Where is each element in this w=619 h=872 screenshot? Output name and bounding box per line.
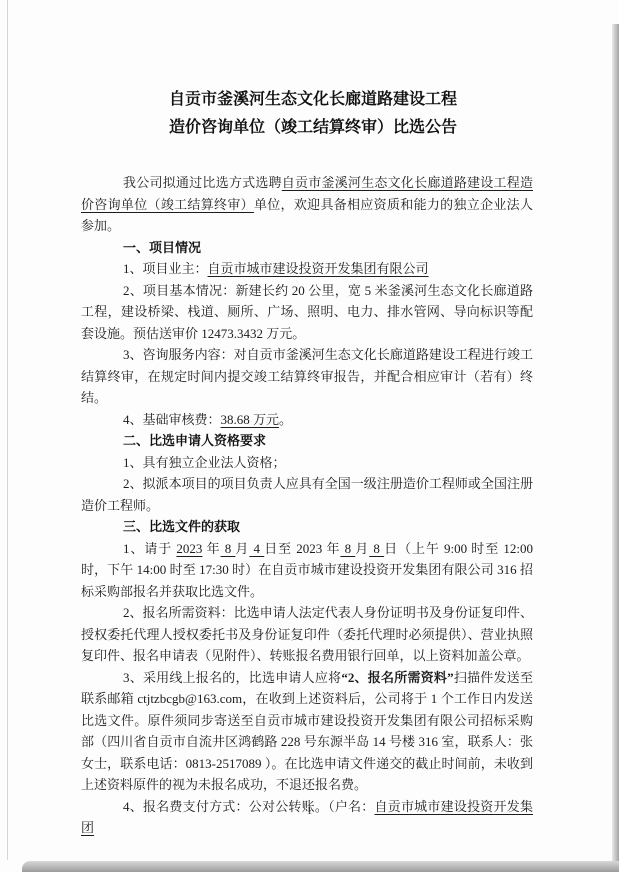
paragraph: 3、咨询服务内容：对自贡市釜溪河生态文化长廊道路建设工程进行竣工结算终审，在规定… <box>81 344 533 409</box>
text-run: 我公司拟通过比选方式选聘 <box>123 175 282 190</box>
section-heading: 三、比选文件的获取 <box>81 516 533 538</box>
underlined-text: 自贡市城市建设投资开发集团有限公司 <box>208 261 429 276</box>
underlined-text: 8 <box>221 541 236 556</box>
paragraph: 2、报名所需资料：比选申请人法定代表人身份证明书及身份证复印件、授权委托代理人授… <box>81 602 533 667</box>
page-right-shadow <box>612 24 619 863</box>
text-run: 。 <box>279 412 292 427</box>
text-run: 年 <box>202 541 220 556</box>
scanned-document-page: 自贡市釜溪河生态文化长廊道路建设工程 造价咨询单位（竣工结算终审）比选公告 我公… <box>0 0 619 872</box>
text-run: 月 <box>235 541 249 556</box>
section-heading: 二、比选申请人资格要求 <box>81 430 533 452</box>
paragraph: 4、报名费支付方式：公对公转账。（户名：自贡市城市建设投资开发集团 <box>81 796 533 839</box>
underlined-text: 8 <box>369 541 384 556</box>
underlined-text: 8 <box>340 541 355 556</box>
paragraph: 2、项目基本情况：新建长约 20 公里，宽 5 米釜溪河生态文化长廊道路工程，建… <box>81 280 533 345</box>
paragraph: 1、项目业主：自贡市城市建设投资开发集团有限公司 <box>81 258 533 280</box>
underlined-text: 4 <box>249 541 264 556</box>
paragraph: 我公司拟通过比选方式选聘自贡市釜溪河生态文化长廊道路建设工程造价咨询单位（竣工结… <box>81 172 533 237</box>
paragraph: 1、请于 2023 年 8 月 4 日至 2023 年 8 月 8 日（上午 9… <box>81 538 533 603</box>
document-content: 自贡市釜溪河生态文化长廊道路建设工程 造价咨询单位（竣工结算终审）比选公告 我公… <box>81 86 533 839</box>
text-run: 日至 2023 年 <box>264 541 340 556</box>
text-run: 二、比选申请人资格要求 <box>123 433 266 448</box>
section-heading: 一、项目情况 <box>81 237 533 259</box>
paragraph: 2、拟派本项目的项目负责人应具有全国一级注册造价工程师或全国注册造价工程师。 <box>81 473 533 516</box>
paragraph: 3、采用线上报名的，比选申请人应将“2、报名所需资料”扫描件发送至联系邮箱 ct… <box>81 667 533 796</box>
text-run: 1、项目业主： <box>123 261 208 276</box>
page-number: 1 <box>0 805 619 817</box>
page-left-edge-line <box>7 0 8 860</box>
text-run: 1、请于 <box>123 541 176 556</box>
text-run: 2、拟派本项目的项目负责人应具有全国一级注册造价工程师或全国注册造价工程师。 <box>81 476 533 513</box>
title-line-2: 造价咨询单位（竣工结算终审）比选公告 <box>93 114 533 142</box>
page-bottom-shadow <box>22 861 619 872</box>
text-run: 扫描件发送至联系邮箱 ctjtzbcgb@163.com，在收到上述资料后，公司… <box>81 670 533 793</box>
underlined-text: 2023 <box>176 541 202 556</box>
text-run: 4、基础审核费： <box>123 412 221 427</box>
text-run: 三、比选文件的获取 <box>123 519 240 534</box>
text-run: 月 <box>355 541 369 556</box>
paragraph: 1、具有独立企业法人资格； <box>81 452 533 474</box>
text-run: 1、具有独立企业法人资格； <box>123 455 286 470</box>
text-run: 2、报名所需资料：比选申请人法定代表人身份证明书及身份证复印件、授权委托代理人授… <box>81 605 533 663</box>
title-line-1: 自贡市釜溪河生态文化长廊道路建设工程 <box>93 86 533 114</box>
underlined-text: 38.68 万元 <box>221 412 280 427</box>
paragraph: 4、基础审核费：38.68 万元。 <box>81 409 533 431</box>
bold-text: “2、报名所需资料” <box>341 670 453 685</box>
text-run: 3、采用线上报名的，比选申请人应将 <box>123 670 341 685</box>
document-title: 自贡市釜溪河生态文化长廊道路建设工程 造价咨询单位（竣工结算终审）比选公告 <box>93 86 533 142</box>
text-run: 2、项目基本情况：新建长约 20 公里，宽 5 米釜溪河生态文化长廊道路工程，建… <box>81 283 533 341</box>
document-body: 我公司拟通过比选方式选聘自贡市釜溪河生态文化长廊道路建设工程造价咨询单位（竣工结… <box>81 172 533 839</box>
text-run: 3、咨询服务内容：对自贡市釜溪河生态文化长廊道路建设工程进行竣工结算终审，在规定… <box>81 347 533 405</box>
text-run: 一、项目情况 <box>123 240 201 255</box>
